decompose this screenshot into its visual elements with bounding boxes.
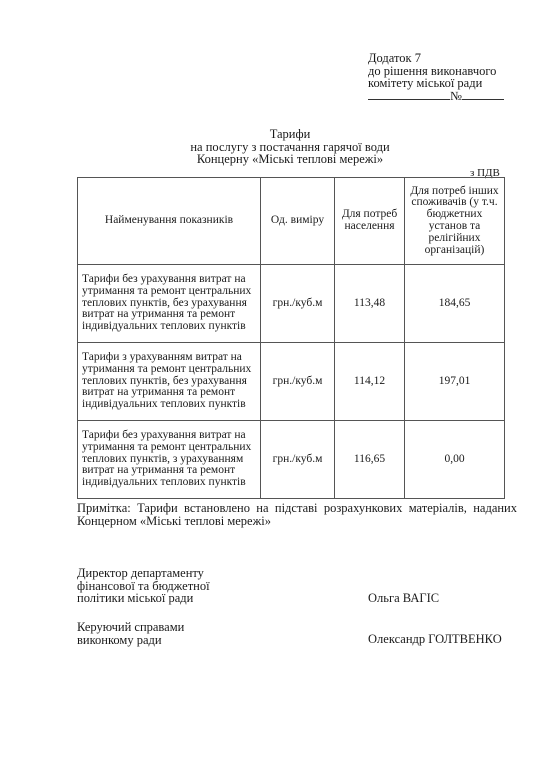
row-other-value: 184,65: [405, 265, 505, 343]
row-name: Тарифи з урахуванням витрат на утримання…: [78, 343, 261, 421]
table-row: Тарифи без урахування витрат на утриманн…: [78, 265, 505, 343]
header-name: Найменування показників: [78, 178, 261, 265]
header-unit: Од. виміру: [261, 178, 335, 265]
appendix-header: Додаток 7 до рішення виконавчого комітет…: [368, 52, 504, 102]
title-line-3: Концерну «Міські теплові мережі»: [150, 153, 430, 166]
date-blank: [368, 90, 450, 100]
signatory-name-1: Ольга ВАГІС: [368, 592, 439, 605]
number-sign: №: [450, 89, 462, 103]
header-other-consumers: Для потреб інших споживачів (у т.ч. бюдж…: [405, 178, 505, 265]
tariff-table: Найменування показників Од. виміру Для п…: [77, 177, 505, 499]
row-name: Тарифи без урахування витрат на утриманн…: [78, 265, 261, 343]
document-title: Тарифи на послугу з постачання гарячої в…: [150, 128, 430, 166]
position-line: політики міської ради: [77, 592, 210, 605]
appendix-line-1: Додаток 7: [368, 52, 504, 65]
row-population-value: 113,48: [335, 265, 405, 343]
position-line: Керуючий справами: [77, 621, 184, 634]
footnote: Примітка: Тарифи встановлено на підставі…: [77, 502, 517, 527]
table-row: Тарифи з урахуванням витрат на утримання…: [78, 343, 505, 421]
position-line: Директор департаменту: [77, 567, 210, 580]
table-row: Тарифи без урахування витрат на утриманн…: [78, 421, 505, 499]
row-unit: грн./куб.м: [261, 265, 335, 343]
row-unit: грн./куб.м: [261, 421, 335, 499]
row-other-value: 197,01: [405, 343, 505, 421]
appendix-line-3: комітету міської ради: [368, 77, 504, 90]
appendix-decision-number: №: [368, 90, 504, 103]
row-other-value: 0,00: [405, 421, 505, 499]
signature-position-2: Керуючий справами виконкому ради: [77, 621, 184, 646]
row-unit: грн./куб.м: [261, 343, 335, 421]
signatory-name-2: Олександр ГОЛТВЕНКО: [368, 633, 502, 646]
row-population-value: 114,12: [335, 343, 405, 421]
title-line-1: Тарифи: [150, 128, 430, 141]
row-name: Тарифи без урахування витрат на утриманн…: [78, 421, 261, 499]
signature-position-1: Директор департаменту фінансової та бюдж…: [77, 567, 210, 605]
header-population: Для потреб населення: [335, 178, 405, 265]
table-header-row: Найменування показників Од. виміру Для п…: [78, 178, 505, 265]
number-blank: [462, 90, 504, 100]
position-line: виконкому ради: [77, 634, 184, 647]
row-population-value: 116,65: [335, 421, 405, 499]
